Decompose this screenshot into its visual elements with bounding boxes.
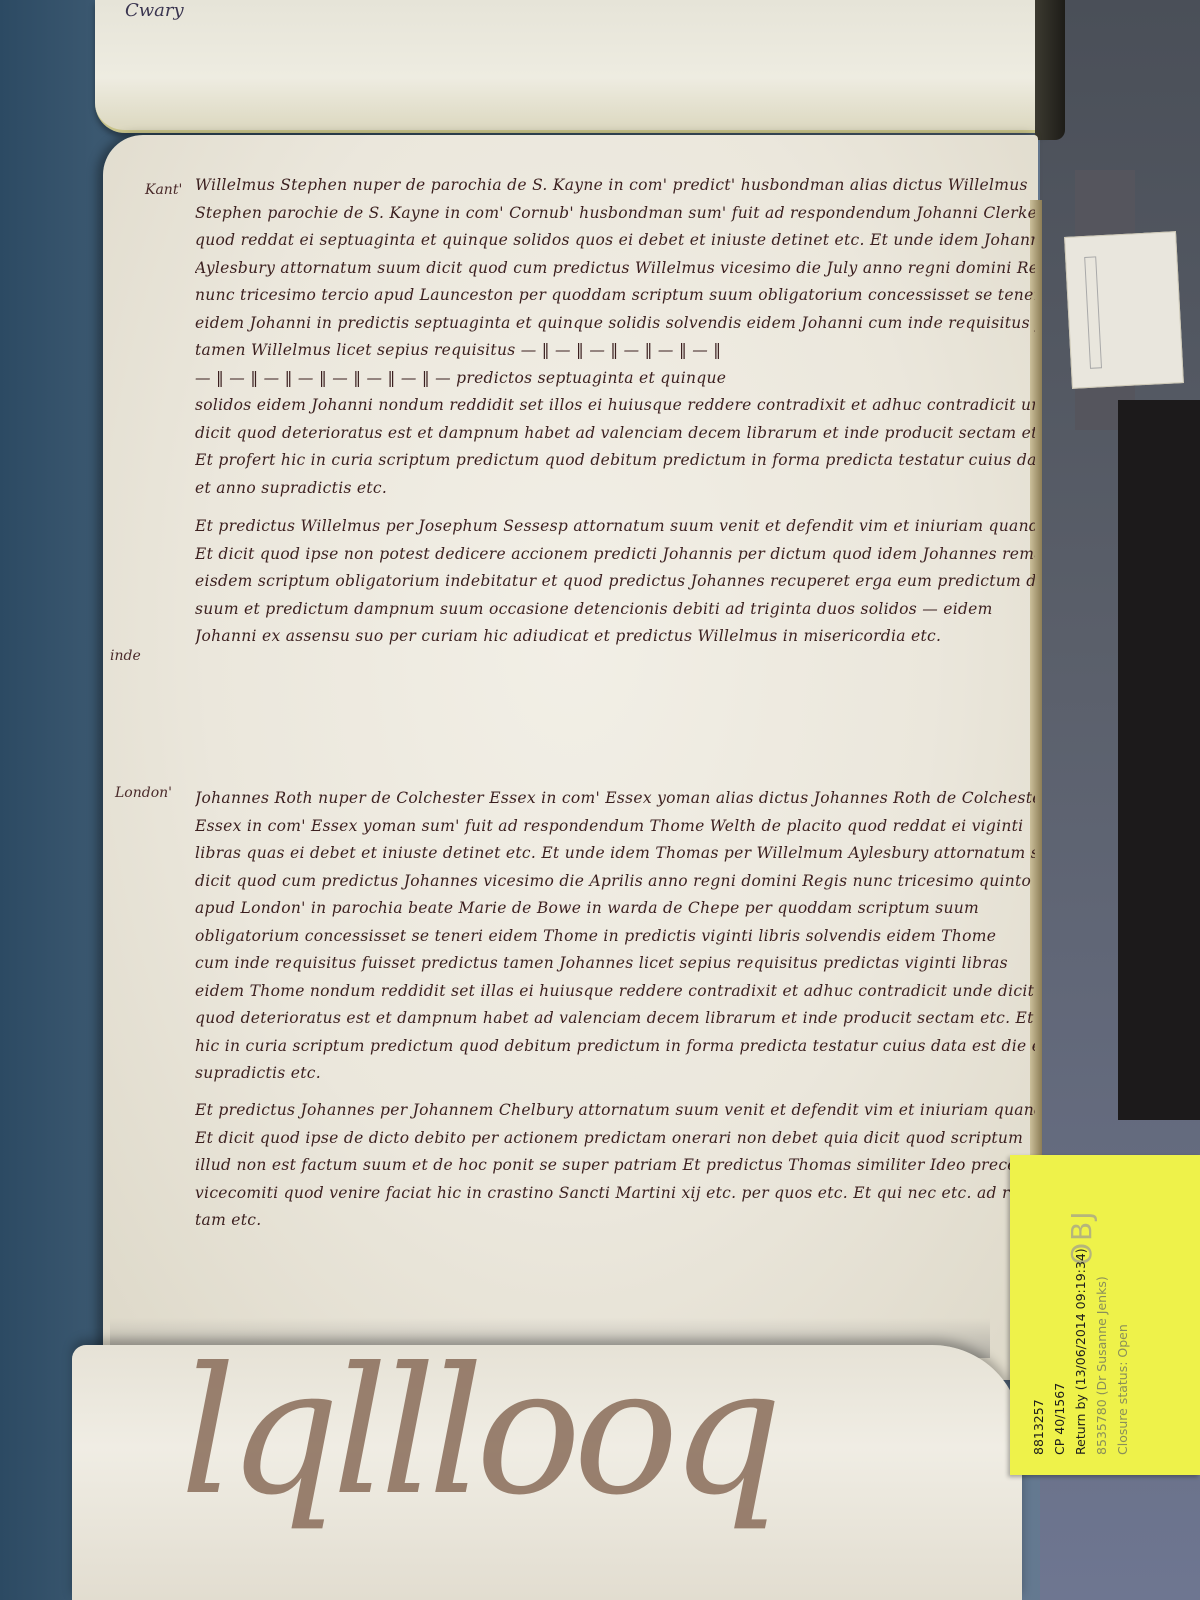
text-line: Et dicit quod ipse de dicto debito per a… — [195, 1125, 1035, 1153]
slip-reference: CP 40/1567 — [1049, 1135, 1070, 1455]
slip-closure-status: Closure status: Open — [1112, 1135, 1133, 1455]
text-line: Stephen parochie de S. Kayne in com' Cor… — [195, 200, 1035, 228]
slip-text-block: 8813257 CP 40/1567 Return by (13/06/2014… — [1028, 1135, 1133, 1455]
text-line: Johanni ex assensu suo per curiam hic ad… — [195, 623, 1035, 651]
slip-document-id: 8813257 — [1028, 1135, 1049, 1455]
slip-reader: 8535780 (Dr Susanne Jenks) — [1091, 1135, 1112, 1455]
text-line: Willelmus Stephen nuper de parochia de S… — [195, 172, 1035, 200]
tag-label — [1084, 256, 1102, 368]
slip-return-by: Return by (13/06/2014 09:19:34) — [1070, 1135, 1091, 1455]
text-line: dicit quod deterioratus est et dampnum h… — [195, 420, 1035, 448]
text-line: solidos eidem Johanni nondum reddidit se… — [195, 392, 1035, 420]
text-line: hic in curia scriptum predictum quod deb… — [195, 1033, 1035, 1061]
rolled-membrane-display-script: lqlllooq — [180, 1345, 775, 1520]
text-line: eidem Thome nondum reddidit set illas ei… — [195, 978, 1035, 1006]
text-line: Aylesbury attornatum suum dicit quod cum… — [195, 255, 1035, 283]
text-line: quod deterioratus est et dampnum habet a… — [195, 1005, 1035, 1033]
plea-entry-1: Willelmus Stephen nuper de parochia de S… — [195, 172, 1035, 502]
text-line: Et profert hic in curia scriptum predict… — [195, 447, 1035, 475]
document-request-slip: OBJ 8813257 CP 40/1567 Return by (13/06/… — [1010, 1155, 1200, 1475]
text-line: libras quas ei debet et iniuste detinet … — [195, 840, 1035, 868]
text-line: suum et predictum dampnum suum occasione… — [195, 596, 1035, 624]
text-line: supradictis etc. — [195, 1060, 1035, 1088]
plea-entry-1-judgment: Et predictus Willelmus per Josephum Sess… — [195, 513, 1035, 651]
previous-membrane: Cwary — [95, 0, 1055, 133]
text-line: nunc tricesimo tercio apud Launceston pe… — [195, 282, 1035, 310]
text-line: eisdem scriptum obligatorium indebitatur… — [195, 568, 1035, 596]
margin-note-london: London' — [115, 785, 172, 801]
text-line: dicit quod cum predictus Johannes vicesi… — [195, 868, 1035, 896]
text-line: Johannes Roth nuper de Colchester Essex … — [195, 785, 1035, 813]
text-line: illud non est factum suum et de hoc poni… — [195, 1152, 1035, 1180]
text-line: cum inde requisitus fuisset predictus ta… — [195, 950, 1035, 978]
margin-note-inde: inde — [110, 648, 141, 664]
text-line: vicecomiti quod venire faciat hic in cra… — [195, 1180, 1035, 1208]
plea-entry-2-defence: Et predictus Johannes per Johannem Chelb… — [195, 1097, 1035, 1235]
text-line: et anno supradictis etc. — [195, 475, 1035, 503]
plea-entry-2: Johannes Roth nuper de Colchester Essex … — [195, 785, 1035, 1088]
binding-edge — [1035, 0, 1065, 140]
text-line: Et predictus Johannes per Johannem Chelb… — [195, 1097, 1035, 1125]
text-line: tam etc. — [195, 1207, 1035, 1235]
text-line: Essex in com' Essex yoman sum' fuit ad r… — [195, 813, 1035, 841]
text-line: obligatorium concessisset se teneri eide… — [195, 923, 1035, 951]
text-line: eidem Johanni in predictis septuaginta e… — [195, 310, 1035, 338]
book-cover — [1118, 400, 1200, 1120]
top-scrawl: Cwary — [125, 0, 184, 21]
text-line: quod reddat ei septuaginta et quinque so… — [195, 227, 1035, 255]
margin-note-kent: Kant' — [145, 182, 182, 198]
text-line: Et dicit quod ipse non potest dedicere a… — [195, 541, 1035, 569]
text-line: tamen Willelmus licet sepius requisitus … — [195, 337, 1035, 365]
text-line: — ‖ — ‖ — ‖ — ‖ — ‖ — ‖ — ‖ — predictos … — [195, 365, 1035, 393]
text-line: apud London' in parochia beate Marie de … — [195, 895, 1035, 923]
text-line: Et predictus Willelmus per Josephum Sess… — [195, 513, 1035, 541]
loose-paper-tag — [1064, 231, 1184, 389]
